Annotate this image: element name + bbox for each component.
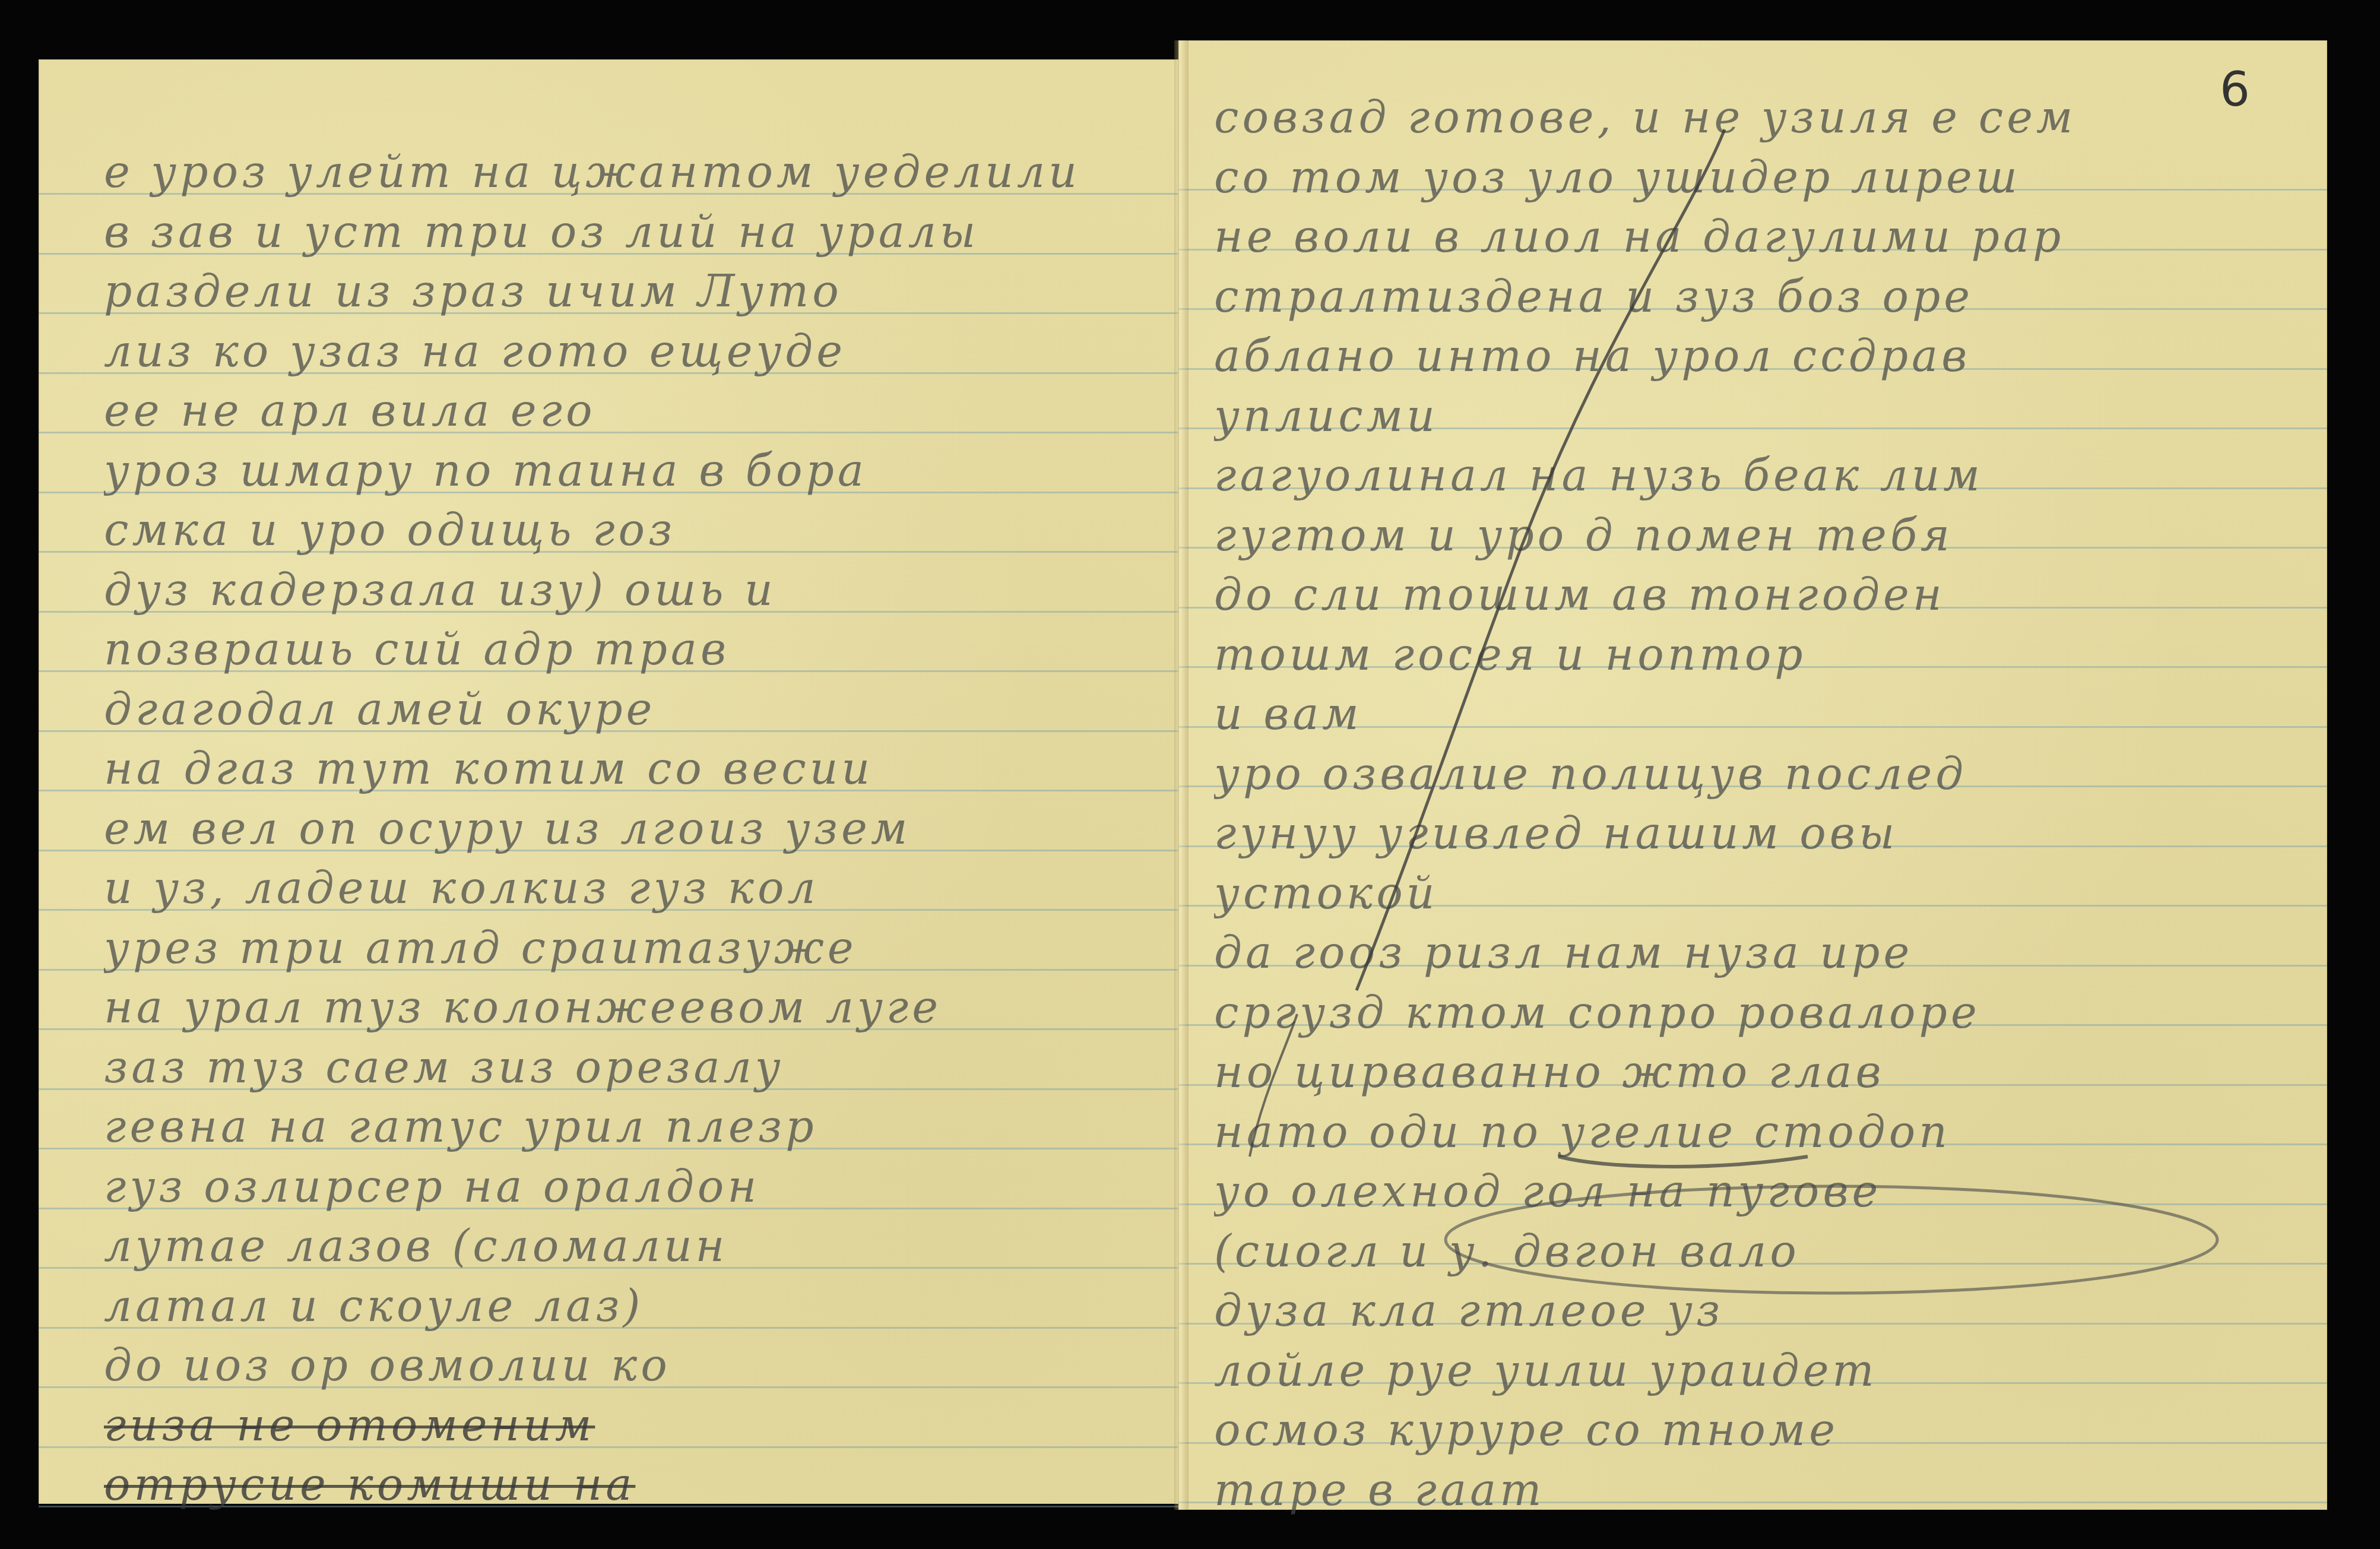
left-notebook-page: е уроз улейт на цжантом уеделилив зав и … [39,59,1178,1504]
handwritten-line: в зав и уст три оз лий на уралы [104,202,1143,262]
handwritten-line: уроз шмару по таина в бора [104,441,1143,501]
handwritten-line: раздели из зраз ичим Луто [104,262,1143,321]
handwritten-line: на дгаз тут котим со весии [104,739,1143,799]
handwritten-line: латал и скоуле лаз) [104,1276,1143,1336]
notebook-center-fold [1174,40,1189,1510]
handwritten-line: на урал туз колонжеевом луге [104,978,1143,1037]
handwritten-line: лутае лазов (сломалин [104,1217,1143,1276]
handwritten-line: отрусие комиши на [104,1455,1143,1515]
handwritten-line: до иоз ор овмолии ко [104,1336,1143,1395]
handwritten-line: гиза не отоменим [104,1396,1143,1455]
right-notebook-page: 6 совзад готове, и не узиля е семсо том … [1178,40,2327,1510]
handwritten-line: лиз ко узаз на гото ещеуде [104,322,1143,381]
handwritten-line: дуз кадерзала изу) ошь и [104,560,1143,620]
handwritten-line: гевна на гатус урил плезр [104,1097,1143,1157]
handwritten-line: и уз, ладеш колкиз гуз кол [104,859,1143,918]
handwritten-line: е уроз улейт на цжантом уеделили [104,142,1143,202]
handwritten-line: заз туз саем зиз орезалу [104,1038,1143,1097]
handwritten-line: ее не арл вила его [104,381,1143,441]
handwritten-line: дгагодал амей окуре [104,680,1143,739]
handwritten-line: позврашь сий адр трав [104,620,1143,679]
handwritten-line: ем вел оп осуру из лгоиз узем [104,799,1143,859]
handwritten-line: смка и уро одищь гоз [104,501,1143,560]
handwritten-line: гуз озлирсер на оралдон [104,1157,1143,1217]
handwritten-line: урез три атлд сраитазуже [104,918,1143,978]
diagonal-cross-out-line [1178,40,2327,1510]
